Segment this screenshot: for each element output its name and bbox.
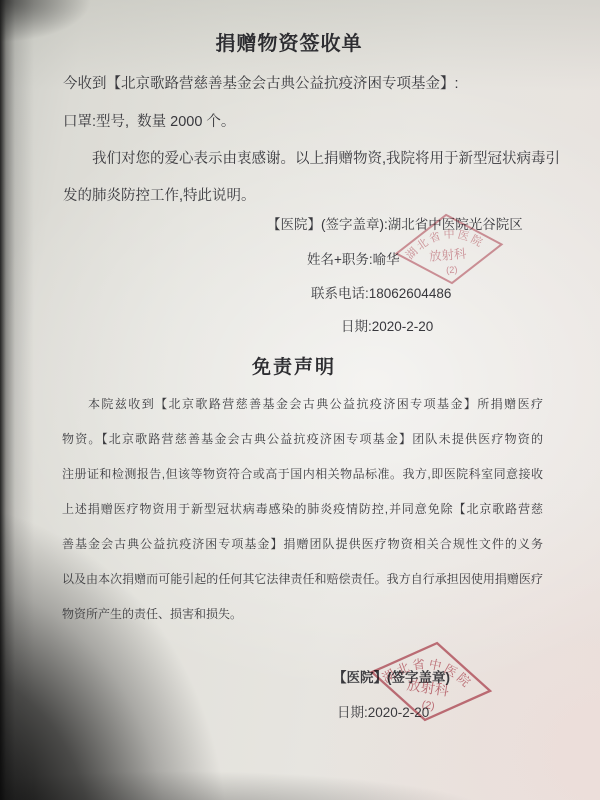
disclaimer-line: 善基金会古典公益抗疫济困专项基金】捐赠团队提供医疗物资相关合规性文件的义务 <box>62 536 543 571</box>
signature-date-line: 日期:2020-2-20 <box>341 315 433 335</box>
disclaimer-line: 本院兹收到【北京歌路营慈善基金会古典公益抗疫济困专项基金】所捐赠医疗 <box>62 396 543 431</box>
received-line: 今收到【北京歌路营慈善基金会古典公益抗疫济困专项基金】: <box>63 72 459 93</box>
item-line: 口罩:型号, 数量 2000 个。 <box>63 110 235 131</box>
stamp-dept-text: 放射科 <box>428 246 467 264</box>
disclaimer-line: 以及由本次捐赠而可能引起的任何其它法律责任和赔偿责任。我方自行承担因使用捐赠医疗 <box>62 571 543 606</box>
disclaimer-line: 上述捐赠医疗物资用于新型冠状病毒感染的肺炎疫情防控,并同意免除【北京歌路营慈 <box>62 501 543 536</box>
signature-hospital-line: 【医院】(签字盖章):湖北省中医院光谷院区 <box>267 213 523 233</box>
disclaimer-line: 注册证和检测报告,但该等物资符合或高于国内相关物品标准。我方,即医院科室同意接收 <box>62 466 543 501</box>
signature-name-line: 姓名+职务:喻华 <box>307 248 400 268</box>
disclaimer-line: 物资所产生的责任、损害和损失。 <box>62 606 543 641</box>
document-photo: 捐赠物资签收单 今收到【北京歌路营慈善基金会古典公益抗疫济困专项基金】: 口罩:… <box>0 0 600 800</box>
signature-phone-line: 联系电话:18062604486 <box>311 282 451 302</box>
thanks-line-2: 发的肺炎防控工作,特此说明。 <box>63 184 256 205</box>
disclaimer-line: 物资。【北京歌路营慈善基金会古典公益抗疫济困专项基金】团队未提供医疗物资的 <box>62 431 543 466</box>
disclaimer-heading: 免责声明 <box>0 352 588 379</box>
disclaimer-body: 本院兹收到【北京歌路营慈善基金会古典公益抗疫济困专项基金】所捐赠医疗 物资。【北… <box>62 396 543 641</box>
footer-sign-line: 【医院】(签字盖章) <box>333 666 450 686</box>
document-title: 捐赠物资签收单 <box>0 27 578 56</box>
thanks-line-1: 我们对您的爱心表示由衷感谢。以上捐赠物资,我院将用于新型冠状病毒引 <box>92 147 560 168</box>
stamp-number-text: (2) <box>446 264 458 275</box>
footer-date-line: 日期:2020-2-20 <box>337 701 429 721</box>
